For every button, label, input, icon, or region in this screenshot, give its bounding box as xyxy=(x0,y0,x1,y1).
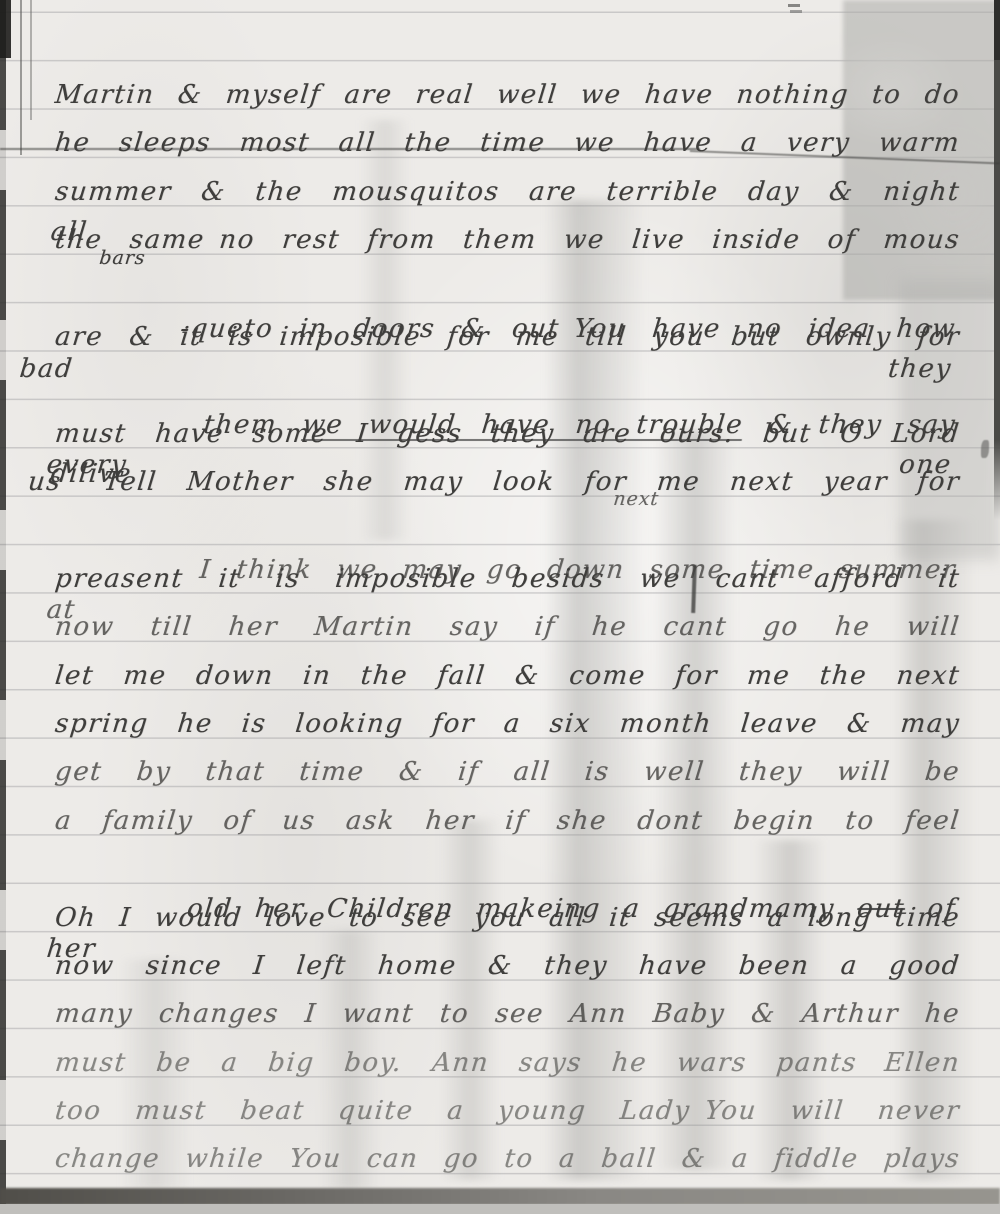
letter-line: must have some I gess they are ours. but… xyxy=(53,414,962,456)
inserted-word-next: next xyxy=(612,489,660,509)
letter-line: change while You can go to a ball & a fi… xyxy=(53,1139,962,1181)
letter-line: spring he is looking for a six month lea… xyxy=(53,704,962,746)
letter-line: now since I left home & they have been a… xyxy=(53,946,962,988)
letter-line: us Tell Mother she may look for me next … xyxy=(26,462,962,504)
letter-line: summer & the mousquitos are terrible day… xyxy=(53,172,962,214)
inserted-word-bars: bars xyxy=(98,248,146,268)
letter-line: let me down in the fall & come for me th… xyxy=(53,656,962,698)
letter-line: too must beat quite a young Lady You wil… xyxy=(53,1091,962,1133)
letter-line: now till her Martin say if he cant go he… xyxy=(53,607,962,649)
letter-line: preasent it is imposible besids we cant … xyxy=(53,559,962,601)
letter-line: must be a big boy. Ann says he wars pant… xyxy=(53,1043,962,1085)
letter-text: Martin & myself are real well we have no… xyxy=(0,0,1000,1214)
letter-line: he sleeps most all the time we have a ve… xyxy=(53,123,962,165)
letter-line: I think we may go down some time summer … xyxy=(53,510,962,552)
letter-line: them we would have no trouble & they say… xyxy=(53,365,962,407)
letter-line: Oh I would love to see you all it seems … xyxy=(53,898,962,940)
letter-line: -queto in doors & out You have no idea h… xyxy=(26,269,962,311)
scanned-letter-page: Martin & myself are real well we have no… xyxy=(0,0,1000,1214)
letter-line: are & it is imposible for me till you bu… xyxy=(53,317,962,359)
letter-line: a family of us ask her if she dont begin… xyxy=(53,801,962,843)
letter-line: the same no rest from them we live insid… xyxy=(53,220,962,262)
letter-line: many changes I want to see Ann Baby & Ar… xyxy=(53,994,962,1036)
letter-line: get by that time & if all is well they w… xyxy=(53,752,962,794)
letter-line: old her Children makeing a grandmamy out… xyxy=(53,849,962,891)
letter-line: Martin & myself are real well we have no… xyxy=(53,75,962,117)
